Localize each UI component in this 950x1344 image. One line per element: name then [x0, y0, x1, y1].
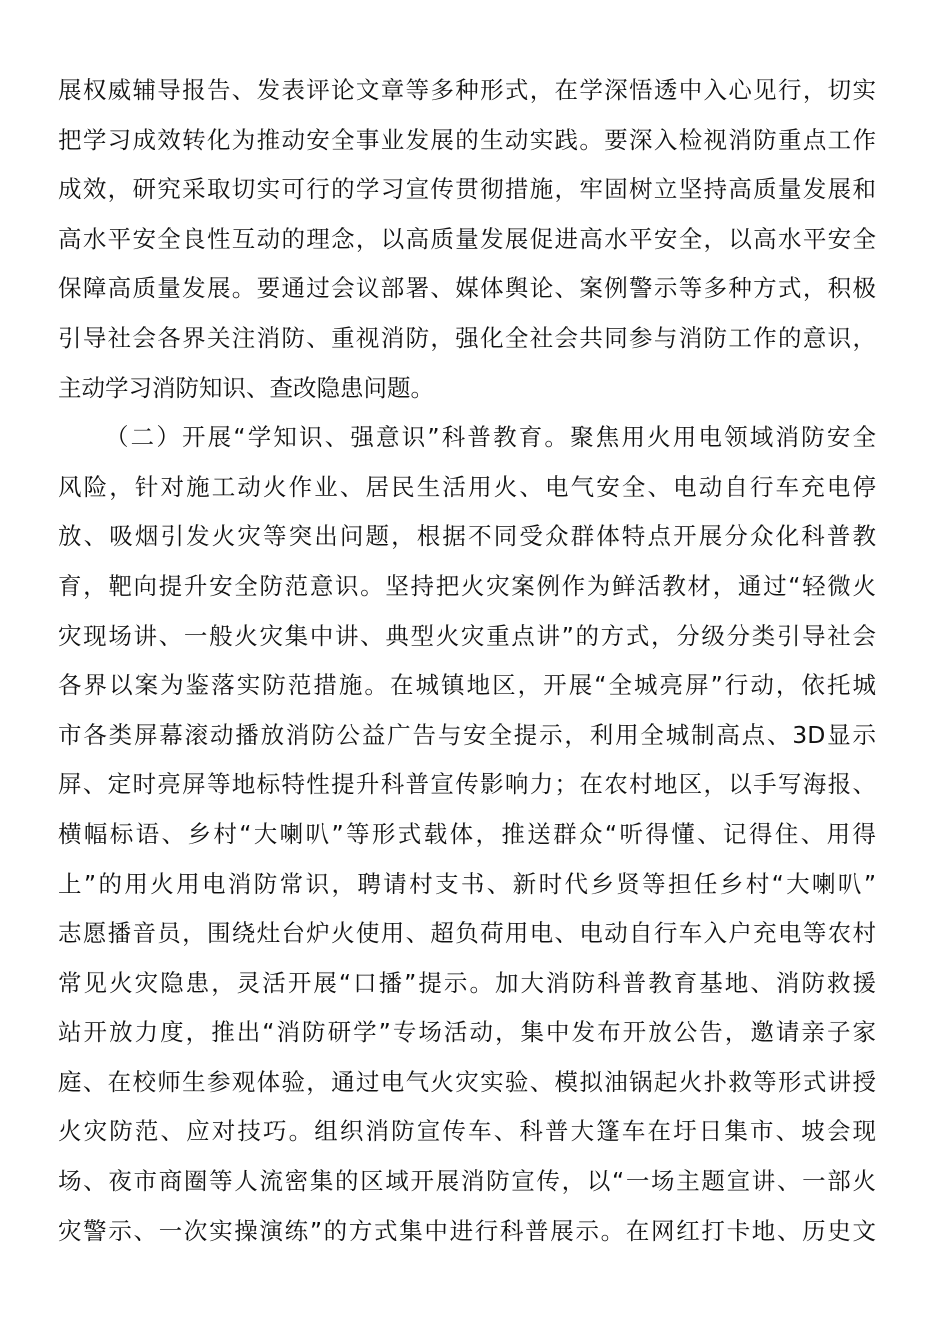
text-line: 把学习成效转化为推动安全事业发展的生动实践。要深入检视消防重点工作 — [58, 116, 876, 166]
text-line: 展权威辅导报告、发表评论文章等多种形式，在学深悟透中入心见行，切实 — [58, 66, 876, 116]
text-line: 成效，研究采取切实可行的学习宣传贯彻措施，牢固树立坚持高质量发展和 — [58, 165, 876, 215]
text-line: 屏、定时亮屏等地标特性提升科普宣传影响力；在农村地区，以手写海报、 — [58, 760, 876, 810]
text-line: 火灾防范、应对技巧。组织消防宣传车、科普大篷车在圩日集市、坡会现 — [58, 1107, 876, 1157]
text-line: 市各类屏幕滚动播放消防公益广告与安全提示，利用全城制高点、3D显示 — [58, 711, 876, 761]
text-line: 高水平安全良性互动的理念，以高质量发展促进高水平安全，以高水平安全 — [58, 215, 876, 265]
text-line-indented: （二）开展“学知识、强意识”科普教育。聚焦用火用电领域消防安全 — [58, 413, 876, 463]
document-page: 展权威辅导报告、发表评论文章等多种形式，在学深悟透中入心见行，切实 把学习成效转… — [58, 66, 876, 1256]
text-line: 育，靶向提升安全防范意识。坚持把火灾案例作为鲜活教材，通过“轻微火 — [58, 562, 876, 612]
text-line: 上”的用火用电消防常识，聘请村支书、新时代乡贤等担任乡村“大喇叭” — [58, 860, 876, 910]
text-line: 场、夜市商圈等人流密集的区域开展消防宣传，以“一场主题宣讲、一部火 — [58, 1157, 876, 1207]
text-line: 放、吸烟引发火灾等突出问题，根据不同受众群体特点开展分众化科普教 — [58, 512, 876, 562]
text-line: 保障高质量发展。要通过会议部署、媒体舆论、案例警示等多种方式，积极 — [58, 264, 876, 314]
text-line: 各界以案为鉴落实防范措施。在城镇地区，开展“全城亮屏”行动，依托城 — [58, 661, 876, 711]
text-line: 常见火灾隐患，灵活开展“口播”提示。加大消防科普教育基地、消防救援 — [58, 959, 876, 1009]
text-line: 横幅标语、乡村“大喇叭”等形式载体，推送群众“听得懂、记得住、用得 — [58, 810, 876, 860]
text-line: 灾警示、一次实操演练”的方式集中进行科普展示。在网红打卡地、历史文 — [58, 1207, 876, 1257]
text-line: 庭、在校师生参观体验，通过电气火灾实验、模拟油锅起火扑救等形式讲授 — [58, 1058, 876, 1108]
paragraph-2: （二）开展“学知识、强意识”科普教育。聚焦用火用电领域消防安全 风险，针对施工动… — [58, 413, 876, 1256]
paragraph-1: 展权威辅导报告、发表评论文章等多种形式，在学深悟透中入心见行，切实 把学习成效转… — [58, 66, 876, 413]
text-line: 灾现场讲、一般火灾集中讲、典型火灾重点讲”的方式，分级分类引导社会 — [58, 612, 876, 662]
text-line: 站开放力度，推出“消防研学”专场活动，集中发布开放公告，邀请亲子家 — [58, 1008, 876, 1058]
text-line: 志愿播音员，围绕灶台炉火使用、超负荷用电、电动自行车入户充电等农村 — [58, 909, 876, 959]
text-line: 风险，针对施工动火作业、居民生活用火、电气安全、电动自行车充电停 — [58, 463, 876, 513]
text-line: 主动学习消防知识、查改隐患问题。 — [58, 364, 876, 414]
text-line: 引导社会各界关注消防、重视消防，强化全社会共同参与消防工作的意识， — [58, 314, 876, 364]
